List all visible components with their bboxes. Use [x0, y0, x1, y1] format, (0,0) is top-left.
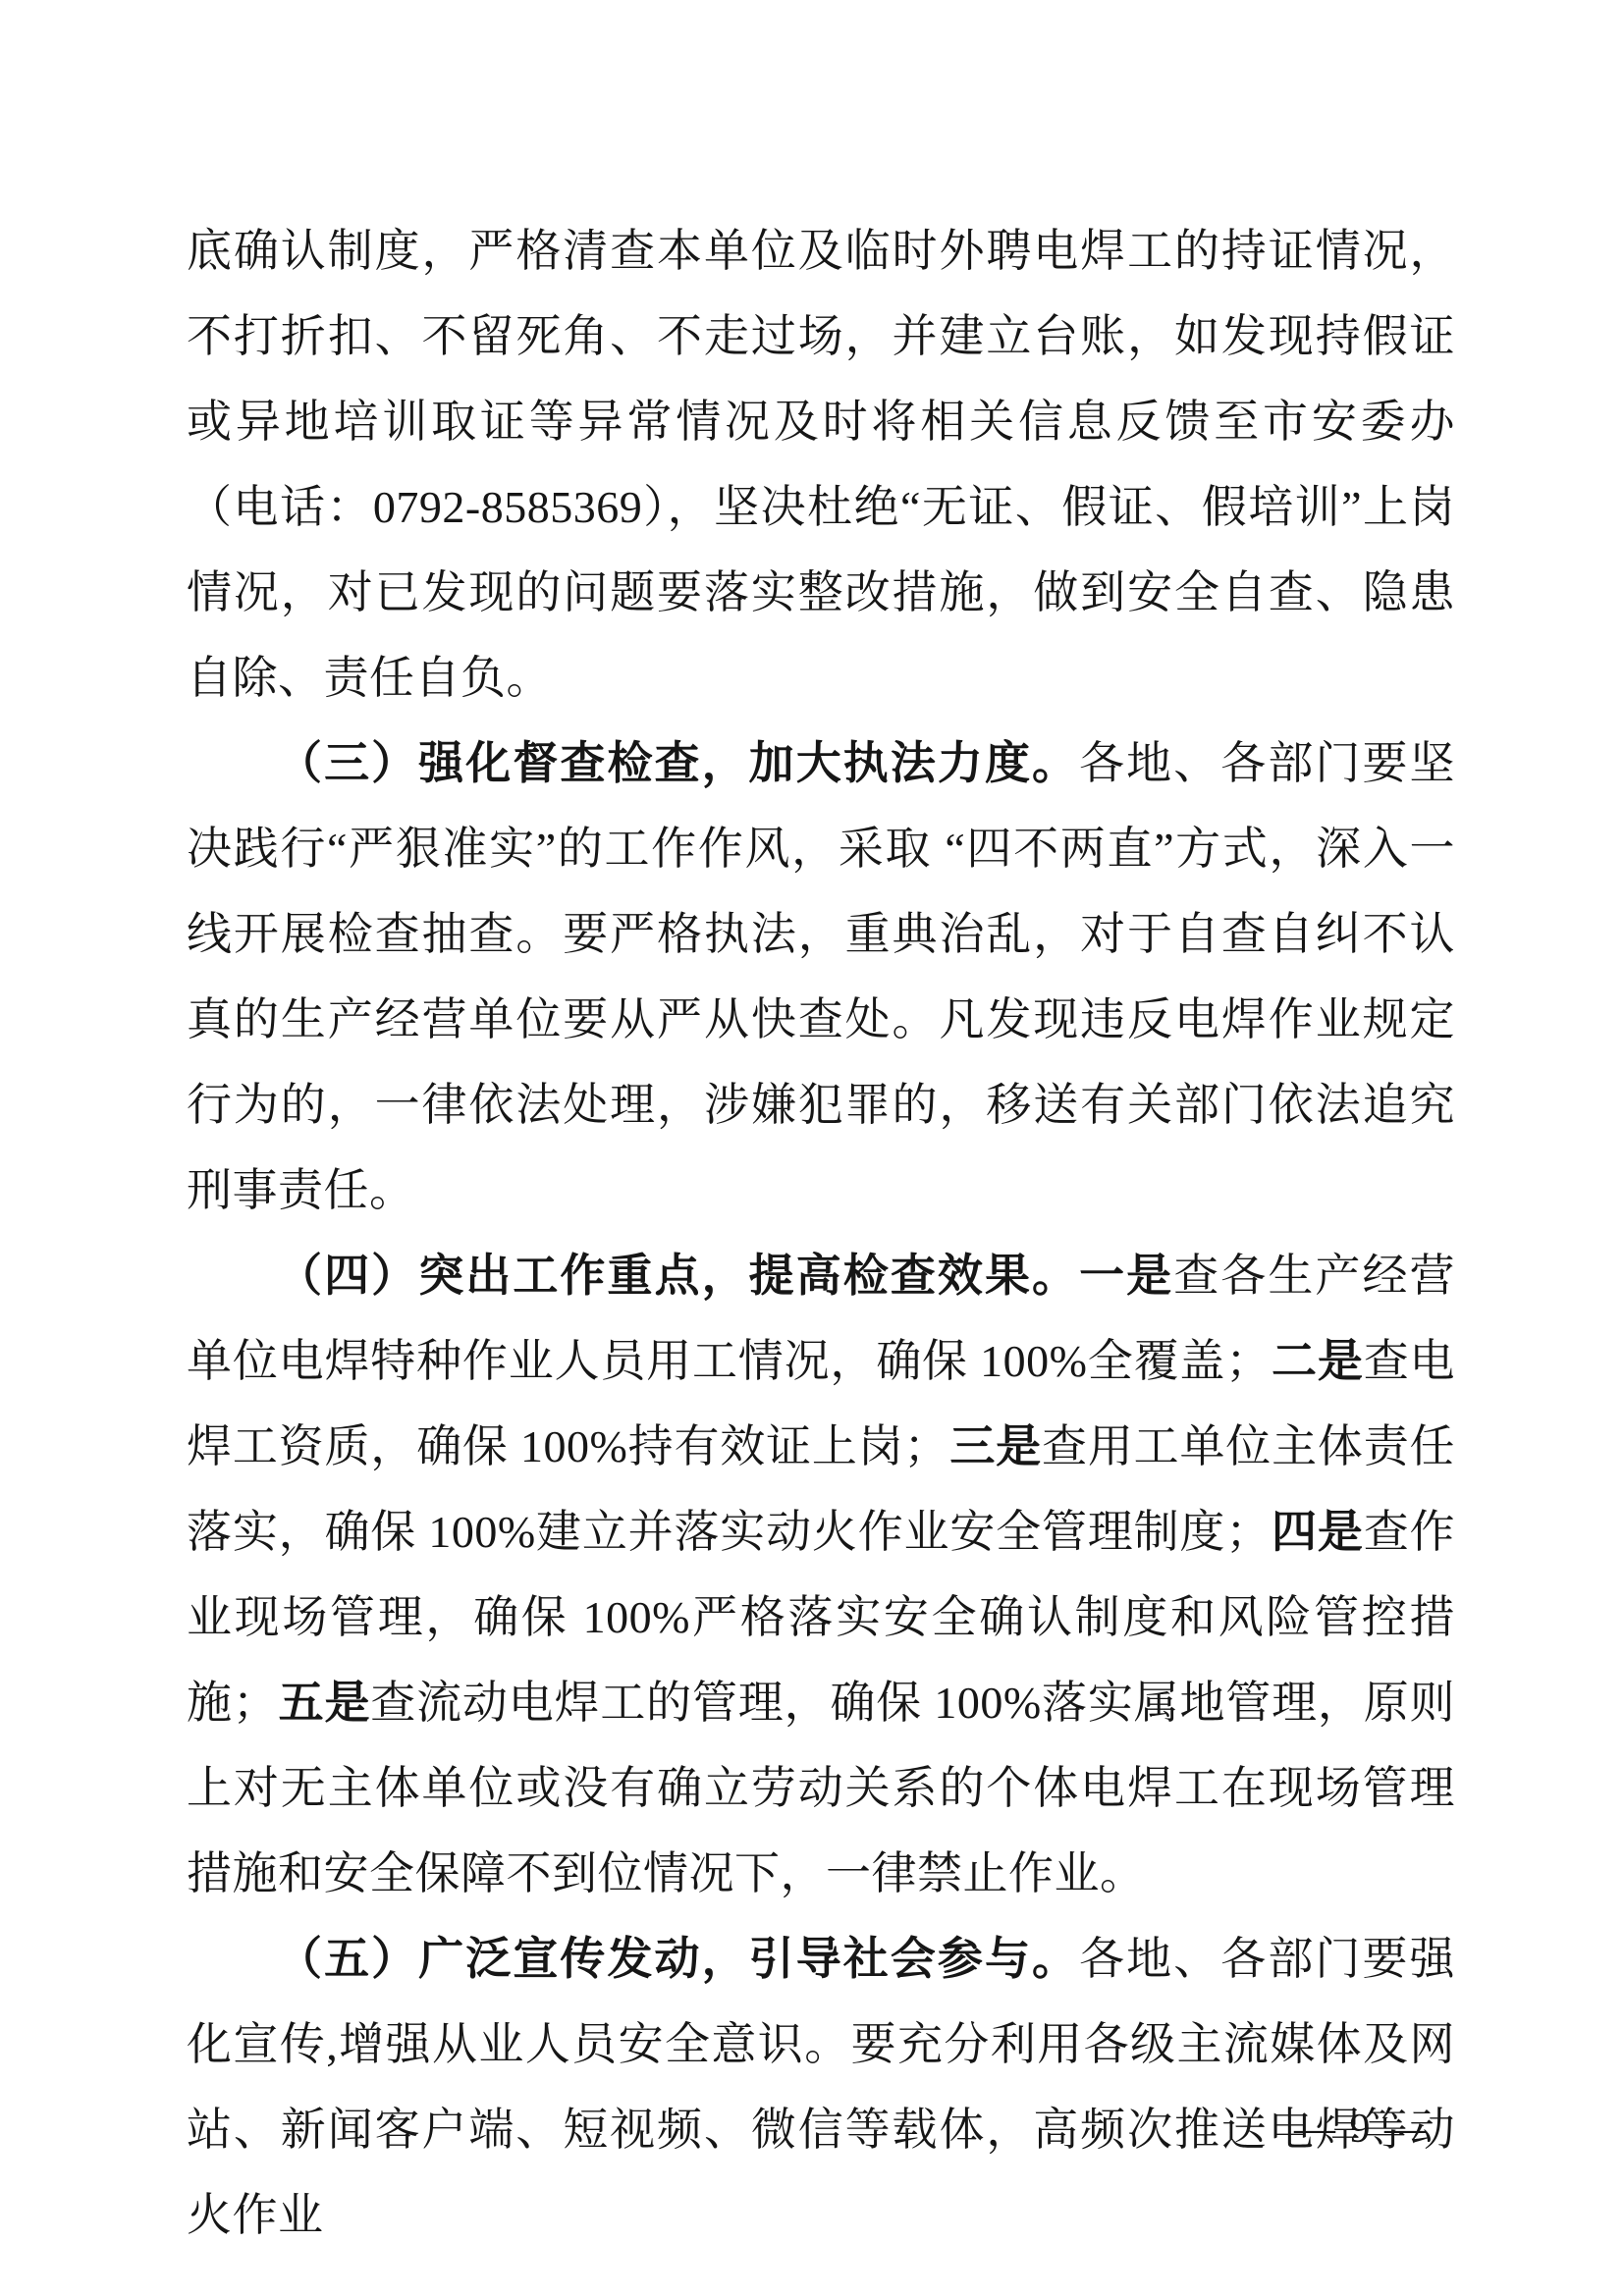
section-3-paragraph: （三）强化督查检查，加大执法力度。各地、各部门要坚决践行“严狠准实”的工作作风，… [187, 721, 1455, 1233]
paragraph-continuation-text: 底确认制度，严格清查本单位及临时外聘电焊工的持证情况，不打折扣、不留死角、不走过… [187, 226, 1455, 703]
section-4-heading: （四）突出工作重点，提高检查效果。 [277, 1251, 1079, 1301]
document-page: 底确认制度，严格清查本单位及临时外聘电焊工的持证情况，不打折扣、不留死角、不走过… [0, 0, 1624, 2296]
page-number: — 9 — [1294, 2107, 1428, 2152]
section-3-body: 各地、各部门要坚决践行“严狠准实”的工作作风，采取 “四不两直”方式，深入一线开… [187, 738, 1455, 1215]
paragraph-continuation: 底确认制度，严格清查本单位及临时外聘电焊工的持证情况，不打折扣、不留死角、不走过… [187, 208, 1455, 721]
point-text-5: 查流动电焊工的管理，确保 100%落实属地管理，原则上对无主体单位或没有确立劳动… [187, 1678, 1455, 1898]
section-5-paragraph: （五）广泛宣传发动，引导社会参与。各地、各部门要强化宣传,增强从业人员安全意识。… [187, 1916, 1455, 2258]
point-marker-4: 四是 [1272, 1507, 1364, 1557]
section-4-paragraph: （四）突出工作重点，提高检查效果。一是查各生产经营单位电焊特种作业人员用工情况，… [187, 1233, 1455, 1916]
document-body: 底确认制度，严格清查本单位及临时外聘电焊工的持证情况，不打折扣、不留死角、不走过… [187, 208, 1455, 2258]
section-3-heading: （三）强化督查检查，加大执法力度。 [277, 738, 1079, 788]
point-marker-1: 一是 [1079, 1251, 1173, 1301]
point-marker-3: 三是 [949, 1421, 1042, 1471]
point-marker-2: 二是 [1272, 1336, 1364, 1386]
point-marker-5: 五是 [278, 1678, 370, 1728]
section-5-heading: （五）广泛宣传发动，引导社会参与。 [277, 1934, 1079, 1984]
